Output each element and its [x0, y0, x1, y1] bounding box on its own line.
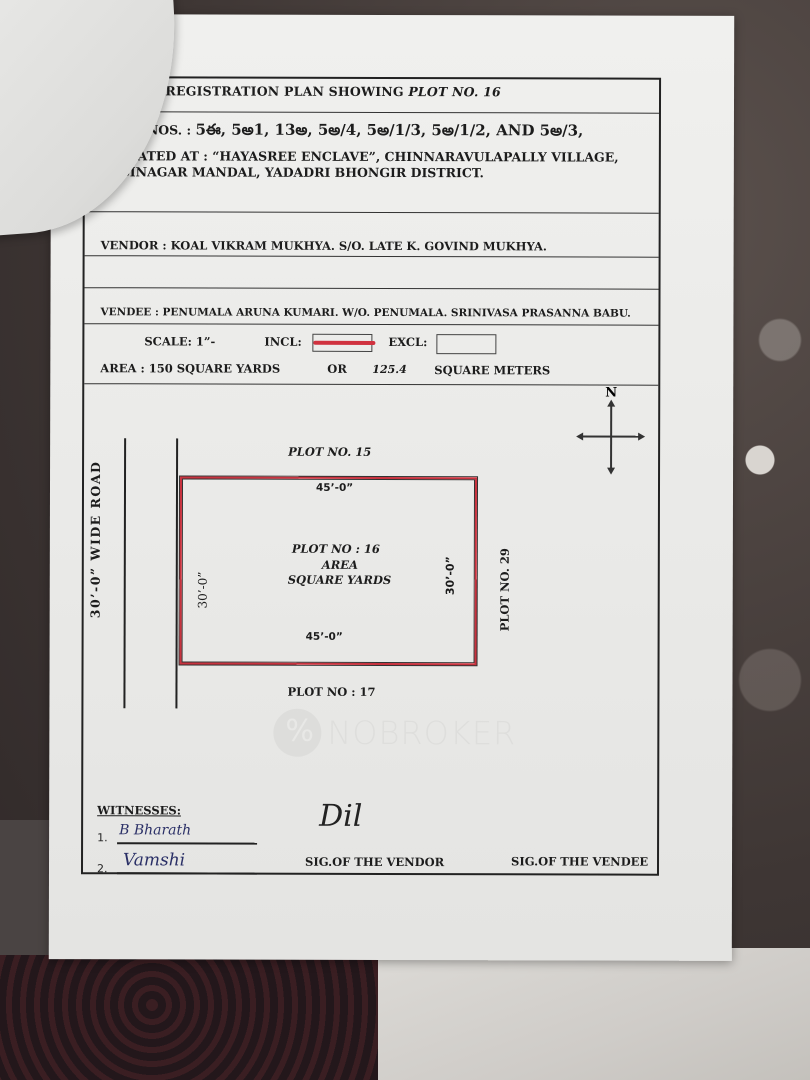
plot-area-label: AREA: [322, 558, 358, 572]
vendee-signature-label: SIG.OF THE VENDEE: [511, 854, 648, 868]
vendor-details: VENDOR : KOAL VIKRAM MUKHYA. S/O. LATE K…: [101, 238, 547, 253]
witness-2-line: [117, 872, 257, 874]
witness-1-number: 1.: [97, 831, 108, 844]
vendee-details: VENDEE : PENUMALA ARUNA KUMARI. W/O. PEN…: [100, 306, 630, 319]
incl-label: INCL:: [264, 335, 301, 349]
excl-label: EXCL:: [388, 335, 427, 349]
north-plot-label: PLOT NO. 15: [288, 445, 371, 459]
scale-label: SCALE: 1”-: [144, 334, 215, 348]
area-or: OR: [327, 362, 347, 376]
south-plot-label: PLOT NO : 17: [287, 685, 375, 699]
percent-icon: [273, 709, 321, 757]
watermark-text: NOBROKER: [327, 714, 516, 752]
compass-horizontal-line: [580, 435, 640, 437]
situated-line-2: BIBINAGAR MANDAL, YADADRI BHONGIR DISTRI…: [103, 164, 484, 180]
background-fabric: [0, 955, 380, 1080]
road-edge-line-left: [123, 438, 126, 708]
area-square-yards: AREA : 150 SQUARE YARDS: [100, 361, 280, 375]
witness-2-number: 2.: [97, 862, 108, 875]
incl-legend-box: [312, 334, 372, 352]
witness-2-signature: Vamshi: [123, 850, 185, 870]
east-plot-label: PLOT NO. 29: [498, 548, 512, 631]
plot-area-unit: SQUARE YARDS: [288, 573, 392, 587]
area-square-meters-value: 125.4: [372, 363, 406, 376]
road-edge-line-right: [175, 438, 178, 708]
situated-line-1: SITUATED AT : “HAYASREE ENCLAVE”, CHINNA…: [103, 148, 619, 164]
arrow-left-icon: [576, 432, 583, 440]
nobroker-watermark: NOBROKER: [273, 709, 516, 758]
left-dimension: 30’-0”: [196, 572, 210, 609]
background-paper-sheet: [378, 948, 810, 1080]
arrow-up-icon: [607, 400, 615, 407]
witnesses-label: WITNESSES:: [97, 803, 181, 817]
survey-numbers: IN SY NOS. : 5ఈ, 5అ1, 13అ, 5అ/4, 5అ/1/3,…: [103, 120, 583, 143]
plan-frame: E DEED REGISTRATION PLAN SHOWING PLOT NO…: [81, 76, 661, 876]
vendor-signature-label: SIG.OF THE VENDOR: [305, 855, 444, 869]
arrow-down-icon: [607, 468, 615, 475]
bottom-dimension: 45’-0”: [306, 631, 343, 643]
blank-row: [85, 256, 659, 290]
excl-legend-box: [436, 334, 496, 354]
witness-1-line: [117, 842, 257, 844]
right-dimension: 30’-0”: [444, 556, 457, 595]
north-label: N: [605, 386, 617, 401]
plot-number-label: PLOT NO : 16: [292, 542, 380, 556]
area-square-meters-unit: SQUARE METERS: [434, 363, 550, 377]
witness-1-signature: B Bharath: [119, 822, 191, 838]
road-label: 30’-0” WIDE ROAD: [88, 461, 103, 619]
top-dimension: 45’-0”: [316, 482, 353, 494]
arrow-right-icon: [638, 433, 645, 441]
registration-plan-document: E DEED REGISTRATION PLAN SHOWING PLOT NO…: [49, 14, 734, 961]
vendor-signature: Dil: [319, 799, 362, 834]
north-arrow: N: [576, 389, 646, 479]
